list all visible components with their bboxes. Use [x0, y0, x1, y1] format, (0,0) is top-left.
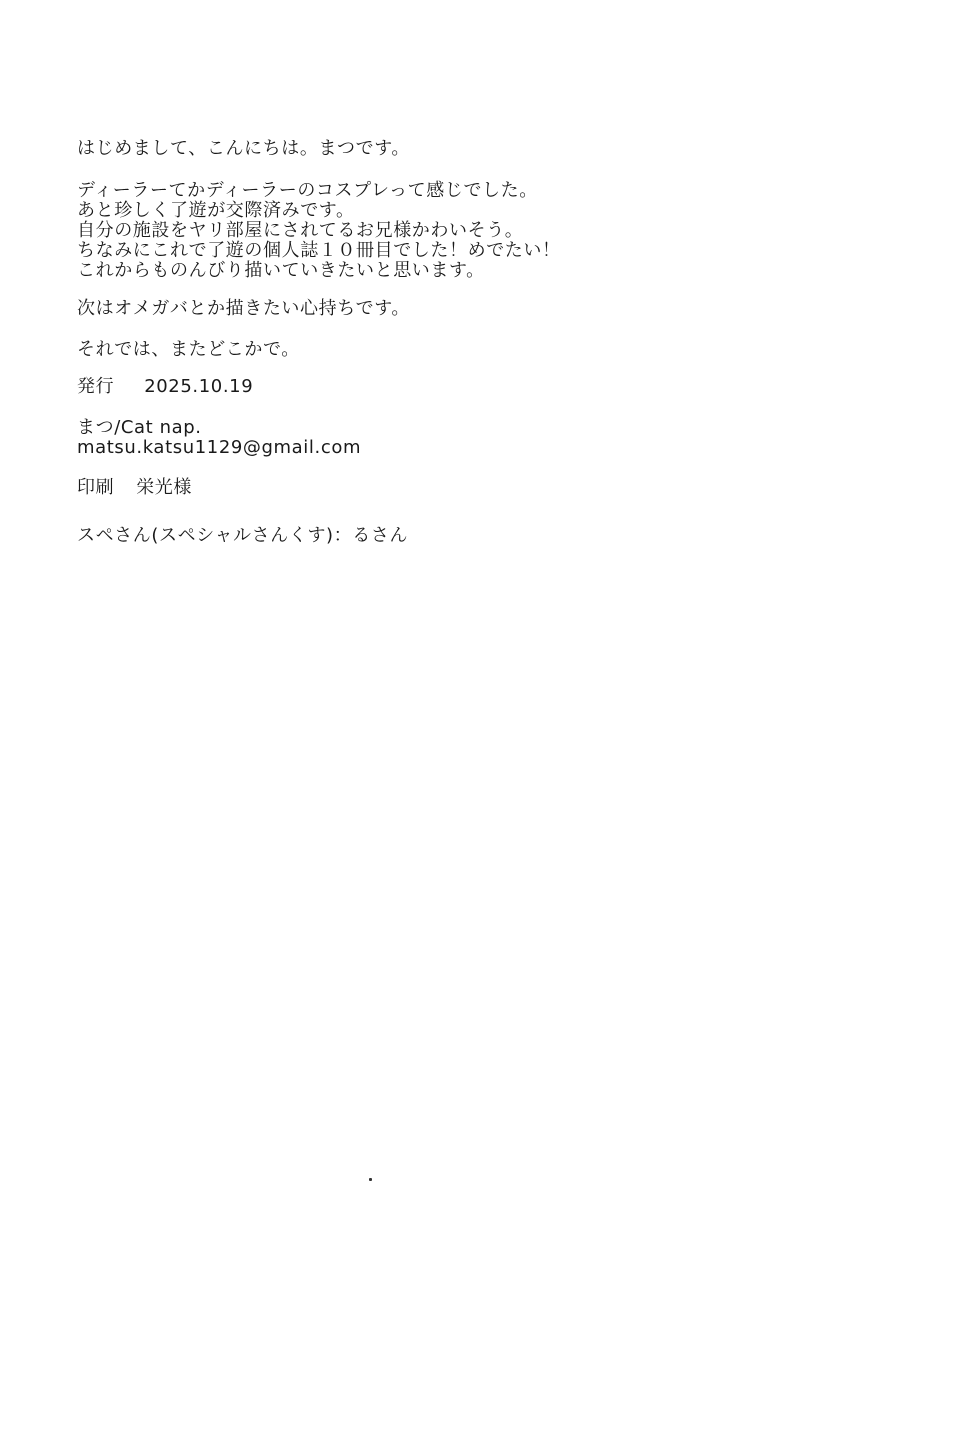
closing-line: それでは、またどこかで。 [77, 340, 300, 360]
publish-label: 発行 [77, 376, 114, 397]
special-thanks-line: スペさん(スペシャルさんくす)：るさん [77, 526, 408, 546]
body-line-5: これからものんびり描いていきたいと思います。 [77, 261, 485, 281]
body-line-3: 自分の施設をヤリ部屋にされてるお兄様かわいそう。 [77, 221, 523, 241]
greeting-line: はじめまして、こんにちは。まつです。 [77, 139, 410, 159]
publish-line: 発行2025.10.19 [77, 377, 253, 397]
email-line: matsu.katsu1129@gmail.com [77, 438, 361, 458]
body-line-4: ちなみにこれで了遊の個人誌１０冊目でした！めでたい！ [77, 241, 561, 261]
next-plans-line: 次はオメガバとか描きたい心持ちです。 [77, 299, 410, 319]
body-line-2: あと珍しく了遊が交際済みです。 [77, 201, 355, 221]
paper-speck [369, 1178, 372, 1181]
document-page: はじめまして、こんにちは。まつです。 ディーラーてかディーラーのコスプレって感じ… [0, 0, 980, 1452]
publish-date: 2025.10.19 [144, 376, 253, 397]
body-line-1: ディーラーてかディーラーのコスプレって感じでした。 [77, 181, 538, 201]
print-label: 印刷 [77, 477, 114, 498]
print-line: 印刷栄光様 [77, 478, 192, 498]
author-line: まつ/Cat nap. [77, 418, 202, 438]
printer-name: 栄光様 [136, 477, 192, 498]
